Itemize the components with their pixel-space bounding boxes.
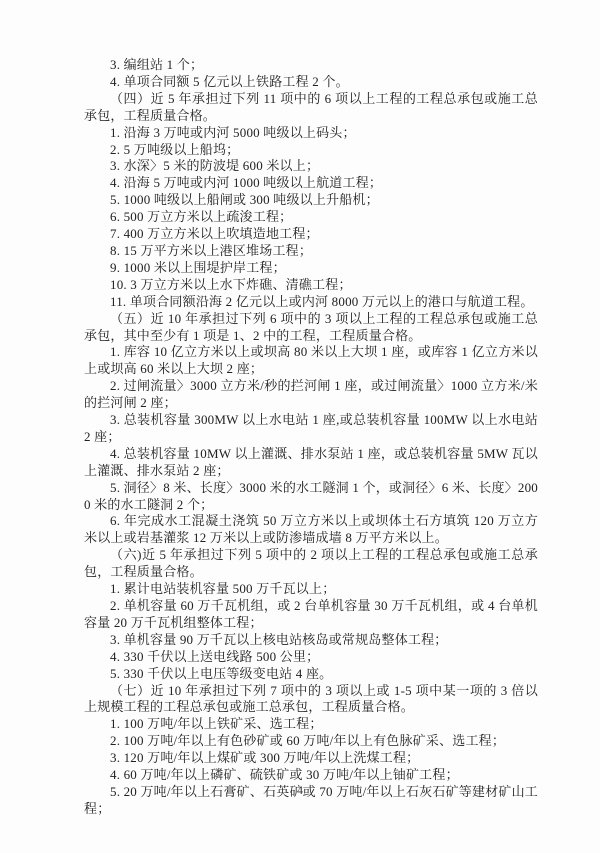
paragraph: 5. 洞径〉8 米、长度〉3000 米的水工隧洞 1 个，或洞径〉6 米、长度〉… [84, 480, 538, 514]
paragraph: 5. 1000 吨级以上船闸或 300 吨级以上升船机； [84, 192, 538, 209]
document-page: 3. 编组站 1 个； 4. 单项合同额 5 亿元以上铁路工程 2 个。 （四）… [0, 0, 600, 853]
paragraph: 11. 单项合同额沿海 2 亿元以上或内河 8000 万元以上的港口与航道工程。 [84, 294, 538, 311]
paragraph: 1. 库容 10 亿立方米以上或坝高 80 米以上大坝 1 座，或库容 1 亿立… [84, 344, 538, 378]
paragraph: 3. 总装机容量 300MW 以上水电站 1 座,或总装机容量 100MW 以上… [84, 412, 538, 446]
paragraph: 1. 累计电站装机容量 500 万千瓦以上； [84, 581, 538, 598]
paragraph: 6. 年完成水工混凝土浇筑 50 万立方米以上或坝体土石方填筑 120 万立方米… [84, 513, 538, 547]
paragraph: 3. 水深〉5 米的防波堤 600 米以上； [84, 158, 538, 175]
paragraph: 6. 500 万立方米以上疏浚工程； [84, 209, 538, 226]
paragraph: （六)近 5 年承担过下列 5 项中的 2 项以上工程的工程总承包或施工总承包，… [84, 547, 538, 581]
paragraph: 4. 单项合同额 5 亿元以上铁路工程 2 个。 [84, 74, 538, 91]
paragraph: 7. 400 万立方米以上吹填造地工程； [84, 226, 538, 243]
paragraph: 3. 120 万吨/年以上煤矿或 300 万吨/年以上洗煤工程； [84, 750, 538, 767]
paragraph: 4. 沿海 5 万吨或内河 1000 吨级以上航道工程； [84, 175, 538, 192]
paragraph: 9. 1000 米以上围堤护岸工程； [84, 260, 538, 277]
paragraph: 4. 60 万吨/年以上磷矿、硫铁矿或 30 万吨/年以上铀矿工程； [84, 767, 538, 784]
page-number: 4 [0, 783, 600, 798]
paragraph: 1. 沿海 3 万吨或内河 5000 吨级以上码头； [84, 125, 538, 142]
paragraph: 10. 3 万立方米以上水下炸礁、清礁工程； [84, 277, 538, 294]
paragraph: （四）近 5 年承担过下列 11 项中的 6 项以上工程的工程总承包或施工总承包… [84, 91, 538, 125]
paragraph: 2. 100 万吨/年以上有色砂矿或 60 万吨/年以上有色脉矿采、选工程； [84, 733, 538, 750]
document-body-text: 3. 编组站 1 个； 4. 单项合同额 5 亿元以上铁路工程 2 个。 （四）… [84, 57, 538, 818]
paragraph: 2. 单机容量 60 万千瓦机组，或 2 台单机容量 30 万千瓦机组，或 4 … [84, 598, 538, 632]
paragraph: 8. 15 万平方米以上港区堆场工程； [84, 243, 538, 260]
paragraph: （七）近 10 年承担过下列 7 项中的 3 项以上或 1-5 项中某一项的 3… [84, 683, 538, 717]
paragraph: 1. 100 万吨/年以上铁矿采、选工程； [84, 716, 538, 733]
paragraph: 4. 330 千伏以上送电线路 500 公里； [84, 649, 538, 666]
paragraph: 3. 编组站 1 个； [84, 57, 538, 74]
paragraph: 2. 5 万吨级以上船坞； [84, 142, 538, 159]
paragraph: 2. 过闸流量〉3000 立方米/秒的拦河闸 1 座，或过闸流量〉1000 立方… [84, 378, 538, 412]
paragraph: 3. 单机容量 90 万千瓦以上核电站核岛或常规岛整体工程； [84, 632, 538, 649]
paragraph: （五）近 10 年承担过下列 6 项中的 3 项以上工程的工程总承包或施工总承包… [84, 311, 538, 345]
paragraph: 5. 330 千伏以上电压等级变电站 4 座。 [84, 666, 538, 683]
paragraph: 4. 总装机容量 10MW 以上灌溉、排水泵站 1 座，或总装机容量 5MW 瓦… [84, 446, 538, 480]
